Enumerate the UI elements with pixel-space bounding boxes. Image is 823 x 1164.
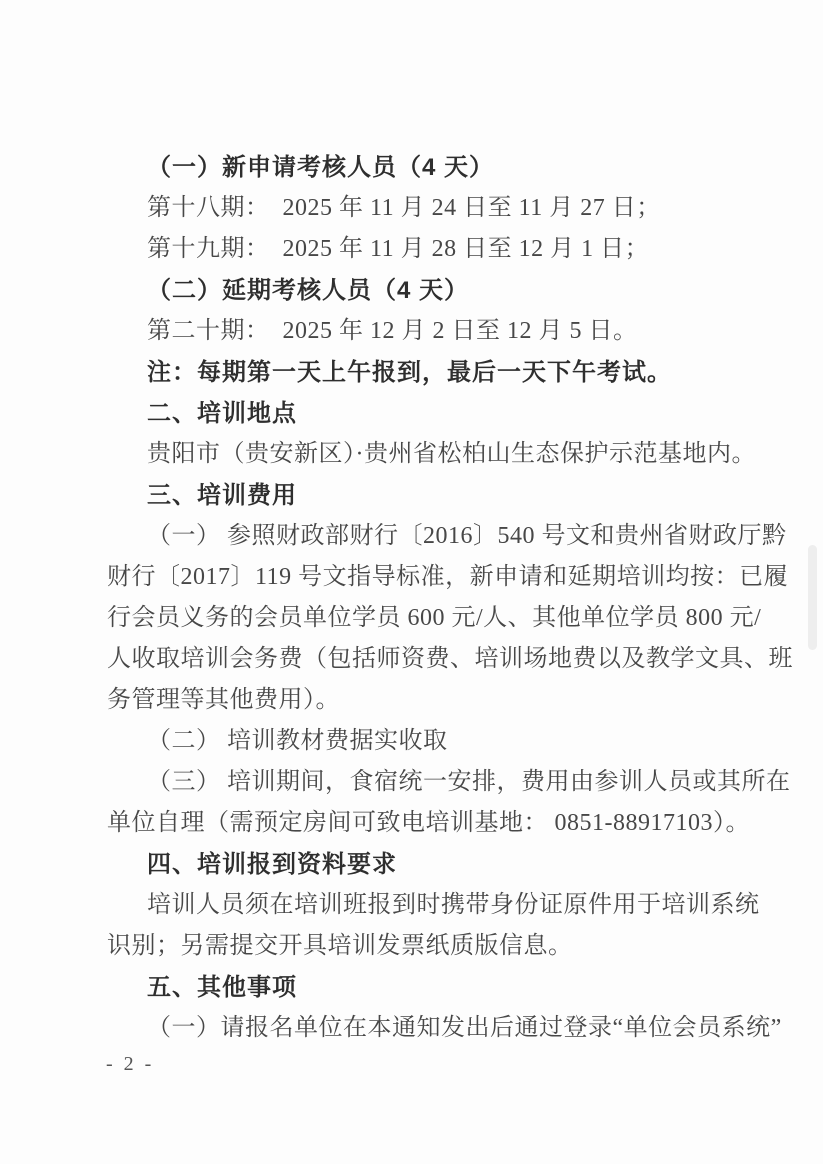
line-fee-materials: （二） 培训教材费据实收取 xyxy=(107,721,747,762)
heading-registration-materials: 四、培训报到资料要求 xyxy=(107,844,747,885)
line-other-matters-1: （一）请报名单位在本通知发出后通过登录“单位会员系统” xyxy=(107,1008,747,1049)
line-fee-standard-2: 财行〔2017〕119 号文指导标准，新申请和延期培训均按：已履 xyxy=(107,557,747,598)
heading-deferred-applicants: （二）延期考核人员（4 天） xyxy=(107,270,747,311)
line-session-20: 第二十期： 2025 年 12 月 2 日至 12 月 5 日。 xyxy=(107,311,747,352)
scan-artifact xyxy=(808,545,817,650)
line-registration-2: 识别；另需提交开具培训发票纸质版信息。 xyxy=(107,926,747,967)
line-location: 贵阳市（贵安新区）·贵州省松柏山生态保护示范基地内。 xyxy=(107,434,747,475)
line-fee-lodging-2: 单位自理（需预定房间可致电培训基地： 0851-88917103）。 xyxy=(107,803,747,844)
line-fee-standard-1: （一） 参照财政部财行〔2016〕540 号文和贵州省财政厅黔 xyxy=(107,516,747,557)
line-session-18: 第十八期： 2025 年 11 月 24 日至 11 月 27 日； xyxy=(107,188,747,229)
line-note: 注：每期第一天上午报到，最后一天下午考试。 xyxy=(107,352,747,393)
line-registration-1: 培训人员须在培训班报到时携带身份证原件用于培训系统 xyxy=(107,885,747,926)
heading-training-fees: 三、培训费用 xyxy=(107,475,747,516)
line-fee-standard-4: 人收取培训会务费（包括师资费、培训场地费以及教学文具、班 xyxy=(107,639,747,680)
heading-training-location: 二、培训地点 xyxy=(107,393,747,434)
line-session-19: 第十九期： 2025 年 11 月 28 日至 12 月 1 日； xyxy=(107,229,747,270)
heading-new-applicants: （一）新申请考核人员（4 天） xyxy=(107,147,747,188)
line-fee-lodging-1: （三） 培训期间，食宿统一安排，费用由参训人员或其所在 xyxy=(107,762,747,803)
line-fee-standard-5: 务管理等其他费用）。 xyxy=(107,680,747,721)
heading-other-matters: 五、其他事项 xyxy=(107,967,747,1008)
document-body: （一）新申请考核人员（4 天） 第十八期： 2025 年 11 月 24 日至 … xyxy=(107,147,747,1049)
line-fee-standard-3: 行会员义务的会员单位学员 600 元/人、其他单位学员 800 元/ xyxy=(107,598,747,639)
page-number: - 2 - xyxy=(106,1053,154,1075)
